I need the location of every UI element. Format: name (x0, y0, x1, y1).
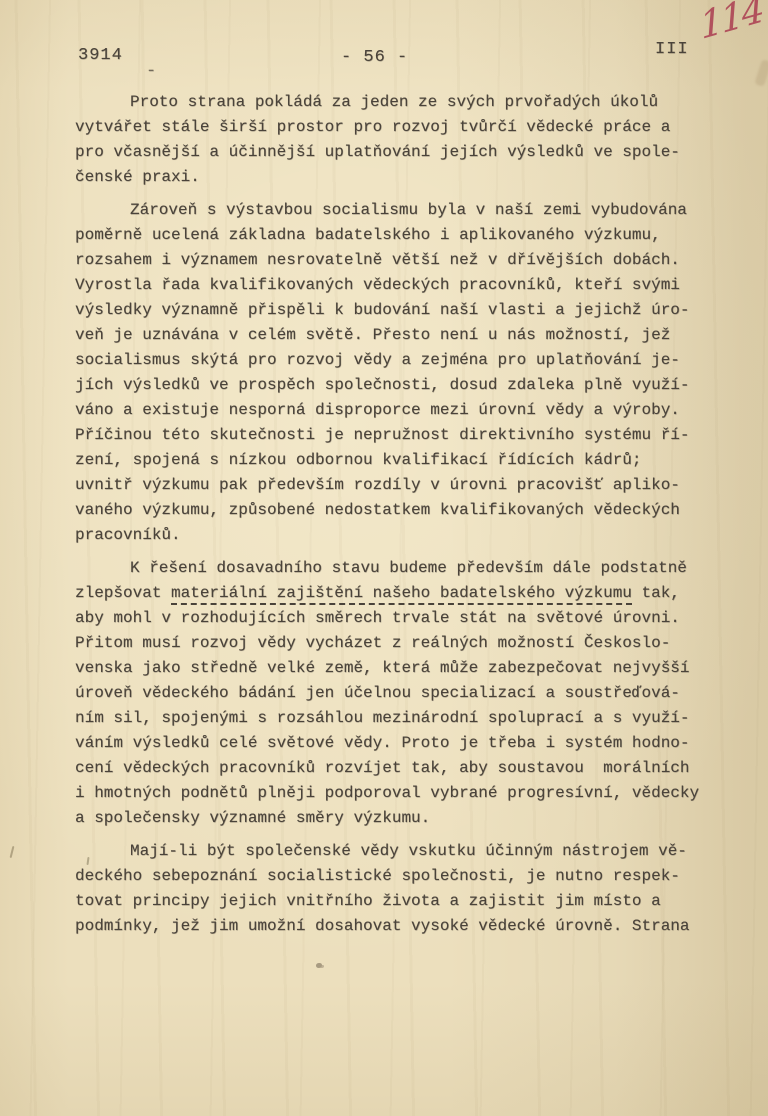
paper-smudge (754, 59, 768, 87)
paper-mark (10, 846, 15, 858)
text-line: pracovníků. (75, 523, 723, 548)
page-header-number: - 56 - (341, 48, 408, 67)
text-line: i hmotných podnětů plněji podporoval vyb… (75, 781, 723, 806)
text-line: Zároveň s výstavbou socialismu byla v na… (75, 198, 723, 223)
text-line: vytvářet stále širší prostor pro rozvoj … (75, 115, 723, 140)
underline-prefix: zlepšovat (75, 584, 171, 602)
text-line: a společensky významné směry výzkumu. (75, 806, 723, 831)
paragraph: Zároveň s výstavbou socialismu byla v na… (75, 198, 723, 548)
paragraph: K řešení dosavadního stavu budeme předev… (75, 556, 723, 831)
text-line: cení vědeckých pracovníků rozvíjet tak, … (75, 756, 723, 781)
paragraph: Proto strana pokládá za jeden ze svých p… (75, 90, 723, 190)
text-line: Proto strana pokládá za jeden ze svých p… (75, 90, 723, 115)
text-line: uvnitř výzkumu pak především rozdíly v ú… (75, 473, 723, 498)
text-line: výsledky významně přispěli k budování na… (75, 298, 723, 323)
text-line: Příčinou této skutečnosti je nepružnost … (75, 423, 723, 448)
text-line: úroveň vědeckého bádání jen účelnou spec… (75, 681, 723, 706)
text-line: pro včasnější a účinnější uplatňování je… (75, 140, 723, 165)
paper-speck (316, 963, 322, 968)
text-line-with-underline: zlepšovat materiální zajištění našeho ba… (75, 581, 723, 606)
text-line: rozsahem i významem nesrovatelně větší n… (75, 248, 723, 273)
doc-number: 3914 (78, 46, 123, 65)
text-line: tovat principy jejich vnitřního života a… (75, 889, 723, 914)
text-line: jích výsledků ve prospěch společnosti, d… (75, 373, 723, 398)
text-line: Mají-li být společenské vědy vskutku úči… (75, 839, 723, 864)
text-line: venska jako středně velké země, která mů… (75, 656, 723, 681)
document-body: Proto strana pokládá za jeden ze svých p… (75, 90, 723, 947)
text-line: deckého sebepoznání socialistické společ… (75, 864, 723, 889)
paragraph: Mají-li být společenské vědy vskutku úči… (75, 839, 723, 939)
text-line: poměrně ucelená základna badatelského i … (75, 223, 723, 248)
text-line: čenské praxi. (75, 165, 723, 190)
text-line: váno a existuje nesporná disproporce mez… (75, 398, 723, 423)
text-line: Vyrostla řada kvalifikovaných vědeckých … (75, 273, 723, 298)
text-line: K řešení dosavadního stavu budeme předev… (75, 556, 723, 581)
handwritten-page-number: 114 (698, 0, 765, 48)
text-line: socialismus skýtá pro rozvoj vědy a zejm… (75, 348, 723, 373)
text-line: veň je uznávána v celém světě. Přesto ne… (75, 323, 723, 348)
text-line: ním sil, spojenými s rozsáhlou mezinárod… (75, 706, 723, 731)
document-page: 3914 - 56 - III - 114 Proto strana poklá… (0, 0, 768, 1116)
text-line: váním výsledků celé světové vědy. Proto … (75, 731, 723, 756)
text-line: vaného výzkumu, způsobené nedostatkem kv… (75, 498, 723, 523)
text-line: podmínky, jež jim umožní dosahovat vysok… (75, 914, 723, 939)
text-line: Přitom musí rozvoj vědy vycházet z reáln… (75, 631, 723, 656)
text-line: aby mohl v rozhodujících směrech trvale … (75, 606, 723, 631)
underline-suffix: tak, (632, 584, 680, 602)
stray-dash-mark: - (146, 62, 157, 81)
underlined-phrase: materiální zajištění našeho badatelského… (171, 584, 632, 605)
text-line: zení, spojená s nízkou odbornou kvalifik… (75, 448, 723, 473)
chapter-number: III (655, 40, 689, 59)
